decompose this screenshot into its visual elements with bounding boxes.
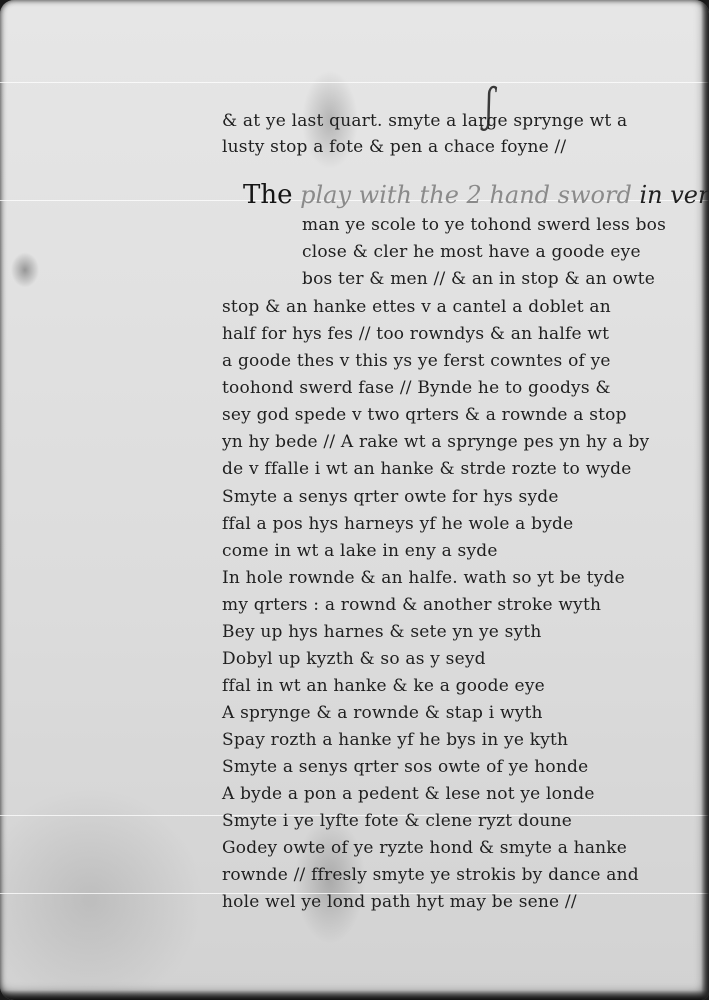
manuscript-line: man ye scole to ye tohond swerd less bos [302,215,666,235]
manuscript-line: close & cler he most have a goode eye [302,242,641,262]
manuscript-line: Spay rozth a hanke yf he bys in ye kyth [222,730,568,750]
heading-faint-text: play with the 2 hand sword [300,181,632,209]
manuscript-line: In hole rownde & an halfe. wath so yt be… [222,568,625,588]
manuscript-line: my qrters : a rownd & another stroke wyt… [222,595,601,615]
manuscript-line: A byde a pon a pedent & lese not ye lond… [222,784,595,804]
manuscript-line: sey god spede v two qrters & a rownde a … [222,405,627,425]
manuscript-line: Smyte i ye lyfte fote & clene ryzt doune [222,811,572,831]
manuscript-line: ffal in wt an hanke & ke a goode eye [222,676,545,696]
manuscript-line: ffal a pos hys harneys yf he wole a byde [222,514,573,534]
manuscript-line: toohond swerd fase // Bynde he to goodys… [222,378,611,398]
manuscript-line: lusty stop a fote & pen a chace foyne // [222,137,566,157]
manuscript-line: bos ter & men // & an in stop & an owte [302,269,655,289]
manuscript-line: & at ye last quart. smyte a large spryng… [222,111,627,131]
manuscript-line: A sprynge & a rownde & stap i wyth [222,703,543,723]
manuscript-line: half for hys fes // too rowndys & an hal… [222,324,609,344]
manuscript-line: hole wel ye lond path hyt may be sene // [222,892,577,912]
manuscript-line: de v ffalle i wt an hanke & strde rozte … [222,459,631,479]
ruling-line [0,82,709,83]
manuscript-line: a goode thes v this ys ye ferst cowntes … [222,351,611,371]
heading-dark-text: in vers [639,181,709,209]
manuscript-line: Bey up hys harnes & sete yn ye syth [222,622,542,642]
page-edge-right [701,0,709,1000]
heading-initial: The [243,180,292,210]
page-edge-bottom [0,990,709,1000]
manuscript-line: rownde // ffresly smyte ye strokis by da… [222,865,639,885]
manuscript-line: Smyte a senys qrter owte for hys syde [222,487,559,507]
manuscript-line: stop & an hanke ettes v a cantel a doble… [222,297,611,317]
manuscript-line: Godey owte of ye ryzte hond & smyte a ha… [222,838,627,858]
manuscript-line: Smyte a senys qrter sos owte of ye honde [222,757,588,777]
manuscript-line: yn hy bede // A rake wt a sprynge pes yn… [222,432,649,452]
manuscript-line: Dobyl up kyzth & so as y seyd [222,649,486,669]
section-heading: The play with the 2 hand sword in vers [243,180,709,210]
manuscript-line: come in wt a lake in eny a syde [222,541,498,561]
manuscript-page: ʃ The play with the 2 hand sword in vers… [0,0,709,1000]
